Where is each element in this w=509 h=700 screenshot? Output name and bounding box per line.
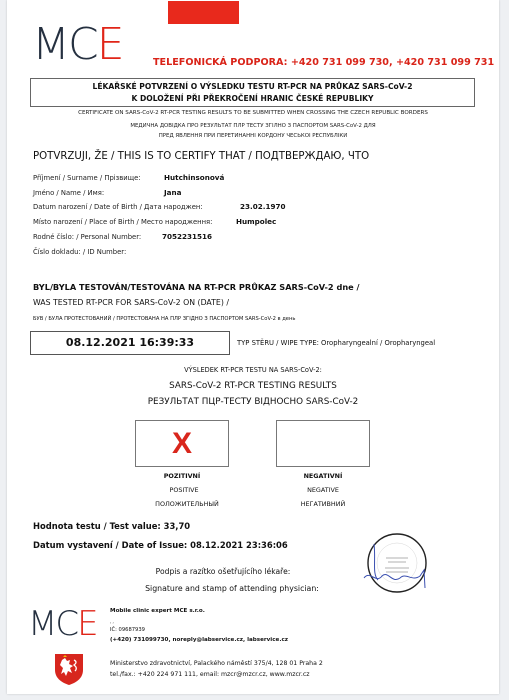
surname-value: Hutchinsonová <box>164 173 224 182</box>
signature-label-czech: Podpis a razítko ošetřujícího lékaře: <box>143 567 303 576</box>
dob-label: Datum narození / Date of Birth / Дата на… <box>33 203 203 211</box>
negative-label-ukrainian: НЕГАТИВНИЙ <box>263 500 383 508</box>
ministry-contact: tel./fax.: +420 224 971 111, email: mzcr… <box>110 671 310 678</box>
signature-label-english: Signature and stamp of attending physici… <box>137 584 327 593</box>
company-contact: (+420) 731099730, noreply@labservice.cz,… <box>110 637 288 643</box>
company-name: Mobile clinic expert MCE s.r.o. <box>110 608 205 614</box>
title-ukrainian: МЕДИЧНА ДОВІДКА ПРО РЕЗУЛЬТАТ ПЛР ТЕСТУ … <box>7 122 499 141</box>
surname-label: Příjmení / Surname / Прізвище: <box>33 174 141 182</box>
dob-value: 23.02.1970 <box>240 202 285 211</box>
pob-value: Humpolec <box>236 217 276 226</box>
tested-czech: BYL/BYLA TESTOVÁN/TESTOVÁNA NA RT-PCR PR… <box>33 282 360 292</box>
name-label: Jméno / Name / Имя: <box>33 189 104 197</box>
wipe-type: TYP STĚRU / WIPE TYPE: Oropharyngealní /… <box>237 339 435 347</box>
positive-label-english: POSITIVE <box>124 486 244 494</box>
ministry-address: Ministerstvo zdravotnictví, Palackého ná… <box>110 660 323 667</box>
title-english: CERTIFICATE ON SARS-CoV-2 RT-PCR TESTING… <box>7 110 499 116</box>
test-datetime: 08.12.2021 16:39:33 <box>30 331 230 355</box>
personal-number-value: 7052231516 <box>162 232 212 241</box>
results-heading-czech: VÝSLEDEK RT-PCR TESTU NA SARS-CoV-2: <box>7 366 499 374</box>
negative-label-czech: NEGATIVNÍ <box>263 472 383 480</box>
personal-number-label: Rodné číslo: / Personal Number: <box>33 233 141 241</box>
footer-mce-logo: MCE <box>28 606 97 642</box>
certify-heading: POTVRZUJI, ŽE / THIS IS TO CERTIFY THAT … <box>33 151 369 162</box>
redaction-block <box>168 1 239 24</box>
title-line-1: LÉKAŘSKÉ POTVRZENÍ O VÝSLEDKU TESTU RT-P… <box>31 81 474 93</box>
certificate-page: MCE TELEFONICKÁ PODPORA: +420 731 099 73… <box>7 0 499 694</box>
positive-label-czech: POZITIVNÍ <box>122 472 242 480</box>
results-heading-ukrainian: РЕЗУЛЬТАТ ПЦР-ТЕСТУ ВІДНОСНО SARS-CoV-2 <box>7 397 499 407</box>
company-address: , , <box>110 619 114 624</box>
document-title: LÉKAŘSKÉ POTVRZENÍ O VÝSLEDKU TESTU RT-P… <box>30 78 475 107</box>
title-line-2: K DOLOŽENÍ PŘI PŘEKROČENÍ HRANIC ČESKÉ R… <box>31 93 474 105</box>
name-value: Jana <box>164 188 182 197</box>
support-phone-line: TELEFONICKÁ PODPORA: +420 731 099 730, +… <box>153 57 494 68</box>
company-ic: IČ: 09687939 <box>110 627 145 633</box>
negative-checkbox <box>276 420 370 467</box>
id-number-label: Číslo dokladu: / ID Number: <box>33 248 126 256</box>
czech-coat-of-arms-icon <box>54 652 84 686</box>
x-mark-icon: X <box>136 427 228 461</box>
pob-label: Místo narození / Place of Birth / Место … <box>33 218 212 226</box>
tested-ukrainian: БУВ / БУЛА ПРОТЕСТОВАНИЙ / ПРОТЕСТОВАНА … <box>33 316 295 322</box>
negative-label-english: NEGATIVE <box>263 486 383 494</box>
issue-date: Datum vystavení / Date of Issue: 08.12.2… <box>33 540 288 550</box>
positive-checkbox: X <box>135 420 229 467</box>
test-value: Hodnota testu / Test value: 33,70 <box>33 521 190 531</box>
clinic-stamp-icon <box>362 530 432 600</box>
positive-label-russian: ПОЛОЖИТЕЛЬНЫЙ <box>127 500 247 508</box>
mce-logo: MCE <box>32 22 123 68</box>
tested-english: WAS TESTED RT-PCR FOR SARS-CoV-2 ON (DAT… <box>33 298 229 307</box>
results-heading-english: SARS-CoV-2 RT-PCR TESTING RESULTS <box>7 381 499 391</box>
